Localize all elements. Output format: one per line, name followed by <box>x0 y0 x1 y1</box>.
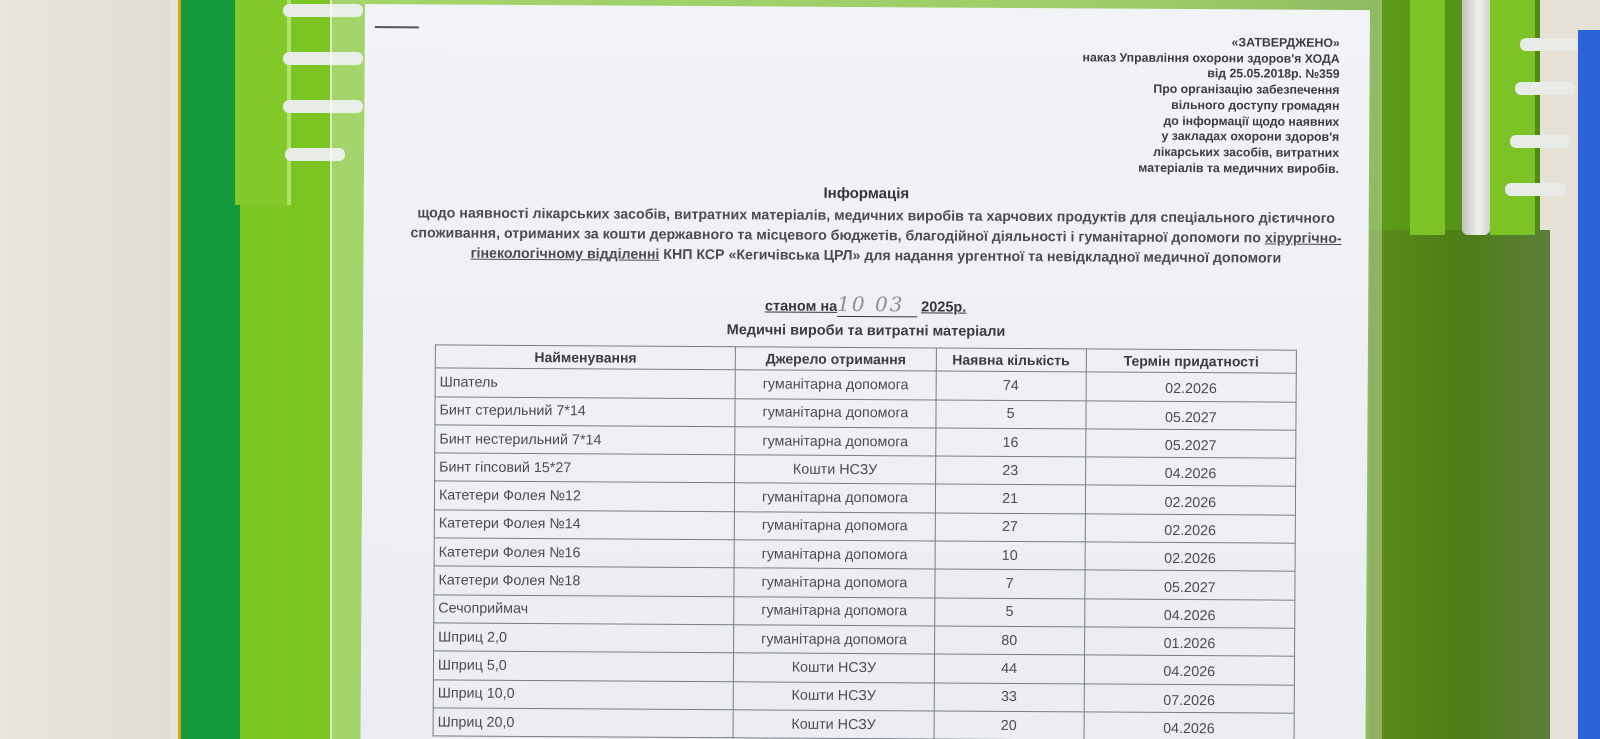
item-name: Шприц 5,0 <box>433 651 734 681</box>
item-name: Бинт нестерильний 7*14 <box>435 425 736 455</box>
holder-rail <box>1505 183 1565 196</box>
table-row: Шприц 20,0Кошти НСЗУ2004.2026 <box>433 708 1294 739</box>
item-expiry: 02.2026 <box>1085 514 1295 544</box>
item-source: гуманітарна допомога <box>735 398 935 428</box>
item-expiry: 04.2026 <box>1084 655 1294 685</box>
board-shadow <box>1370 230 1550 739</box>
item-source: Кошти НСЗУ <box>735 455 935 485</box>
approval-stamp: «ЗАТВЕРДЖЕНО» наказ Управління охорони з… <box>1082 34 1340 177</box>
item-source: Кошти НСЗУ <box>734 653 934 683</box>
item-expiry: 07.2026 <box>1084 683 1294 713</box>
item-expiry: 04.2026 <box>1084 599 1294 629</box>
item-quantity: 21 <box>935 484 1085 513</box>
item-quantity: 10 <box>935 541 1085 570</box>
item-name: Шпатель <box>435 368 736 398</box>
item-quantity: 33 <box>934 683 1084 712</box>
item-name: Шприц 20,0 <box>433 708 734 738</box>
item-expiry: 01.2026 <box>1084 627 1294 657</box>
as-of-label: станом на <box>765 298 837 314</box>
item-expiry: 02.2026 <box>1085 542 1295 572</box>
header-quantity: Наявна кількість <box>936 348 1086 372</box>
item-quantity: 16 <box>935 428 1085 457</box>
item-expiry: 02.2026 <box>1086 372 1296 402</box>
info-title: Інформація <box>364 182 1369 205</box>
item-expiry: 04.2026 <box>1085 457 1295 487</box>
approval-line: наказ Управління охорони здоров'я ХОДА <box>1083 50 1340 67</box>
item-quantity: 20 <box>934 711 1084 739</box>
item-quantity: 80 <box>934 626 1084 655</box>
approval-line: матеріалів та медичних виробів. <box>1082 160 1339 177</box>
holder-tube <box>1462 0 1490 235</box>
item-name: Катетери Фолея №12 <box>434 481 735 511</box>
header-source: Джерело отримання <box>736 347 936 372</box>
header-expiry: Термін придатності <box>1086 349 1296 374</box>
item-expiry: 02.2026 <box>1085 485 1295 515</box>
item-source: гуманітарна допомога <box>735 370 935 400</box>
pen-mark <box>375 26 419 28</box>
wall <box>0 0 170 739</box>
item-quantity: 5 <box>935 400 1085 429</box>
holder-rail <box>1520 38 1580 51</box>
approval-line: «ЗАТВЕРДЖЕНО» <box>1083 34 1340 51</box>
item-source: Кошти НСЗУ <box>733 710 933 739</box>
item-expiry: 04.2026 <box>1084 712 1294 739</box>
holder-rail <box>1510 135 1570 148</box>
approval-line: до інформації щодо наявних <box>1082 113 1339 130</box>
item-quantity: 23 <box>935 456 1085 485</box>
item-quantity: 7 <box>934 569 1084 598</box>
holder-rail <box>1515 82 1575 95</box>
notice-sheet: «ЗАТВЕРДЖЕНО» наказ Управління охорони з… <box>361 4 1370 739</box>
right-clip-holder-2 <box>1490 0 1535 235</box>
info-text-2: КНП КСР «Кегичівська ЦРЛ» для надання ур… <box>659 247 1281 267</box>
approval-line: Про організацію забезпечення <box>1082 81 1339 98</box>
item-source: гуманітарна допомога <box>735 483 935 513</box>
item-name: Бинт гіпсовий 15*27 <box>435 453 736 483</box>
item-source: гуманітарна допомога <box>734 625 934 655</box>
item-source: Кошти НСЗУ <box>734 681 934 711</box>
handwritten-date: 10 03 <box>837 292 917 317</box>
item-expiry: 05.2027 <box>1086 401 1296 431</box>
item-quantity: 44 <box>934 654 1084 683</box>
board-dark-stripe <box>178 0 243 739</box>
item-source: гуманітарна допомога <box>734 540 934 570</box>
item-quantity: 74 <box>936 371 1086 400</box>
item-quantity: 27 <box>935 513 1085 542</box>
item-name: Шприц 2,0 <box>434 623 735 653</box>
item-name: Катетери Фолея №14 <box>434 510 735 540</box>
item-name: Бинт стерильний 7*14 <box>435 397 736 427</box>
item-name: Катетери Фолея №18 <box>434 566 735 596</box>
inventory-table-section: Медичні вироби та витратні матеріали Най… <box>433 314 1298 739</box>
inventory-table: Найменування Джерело отримання Наявна кі… <box>433 344 1297 739</box>
item-source: гуманітарна допомога <box>734 596 934 626</box>
approval-line: у закладах охорони здоров'я <box>1082 129 1339 146</box>
item-expiry: 05.2027 <box>1085 429 1295 459</box>
item-source: гуманітарна допомога <box>734 568 934 598</box>
item-expiry: 05.2027 <box>1085 570 1295 600</box>
approval-line: від 25.05.2018р. №359 <box>1082 66 1339 83</box>
item-source: гуманітарна допомога <box>735 512 935 542</box>
info-text: щодо наявності лікарських засобів, витра… <box>411 205 1336 246</box>
item-name: Катетери Фолея №16 <box>434 538 735 568</box>
right-clip-holder <box>1410 0 1445 235</box>
item-name: Шприц 10,0 <box>433 679 734 709</box>
blue-folder-edge <box>1578 30 1600 739</box>
as-of-year: 2025р. <box>921 299 966 315</box>
item-name: Сечоприймач <box>434 595 735 625</box>
approval-line: лікарських засобів, витратних <box>1082 144 1339 161</box>
header-name: Найменування <box>435 345 735 370</box>
item-source: гуманітарна допомога <box>735 427 935 457</box>
approval-line: вільного доступу громадян <box>1082 97 1339 114</box>
info-body: щодо наявності лікарських засобів, витра… <box>403 203 1348 269</box>
item-quantity: 5 <box>934 598 1084 627</box>
